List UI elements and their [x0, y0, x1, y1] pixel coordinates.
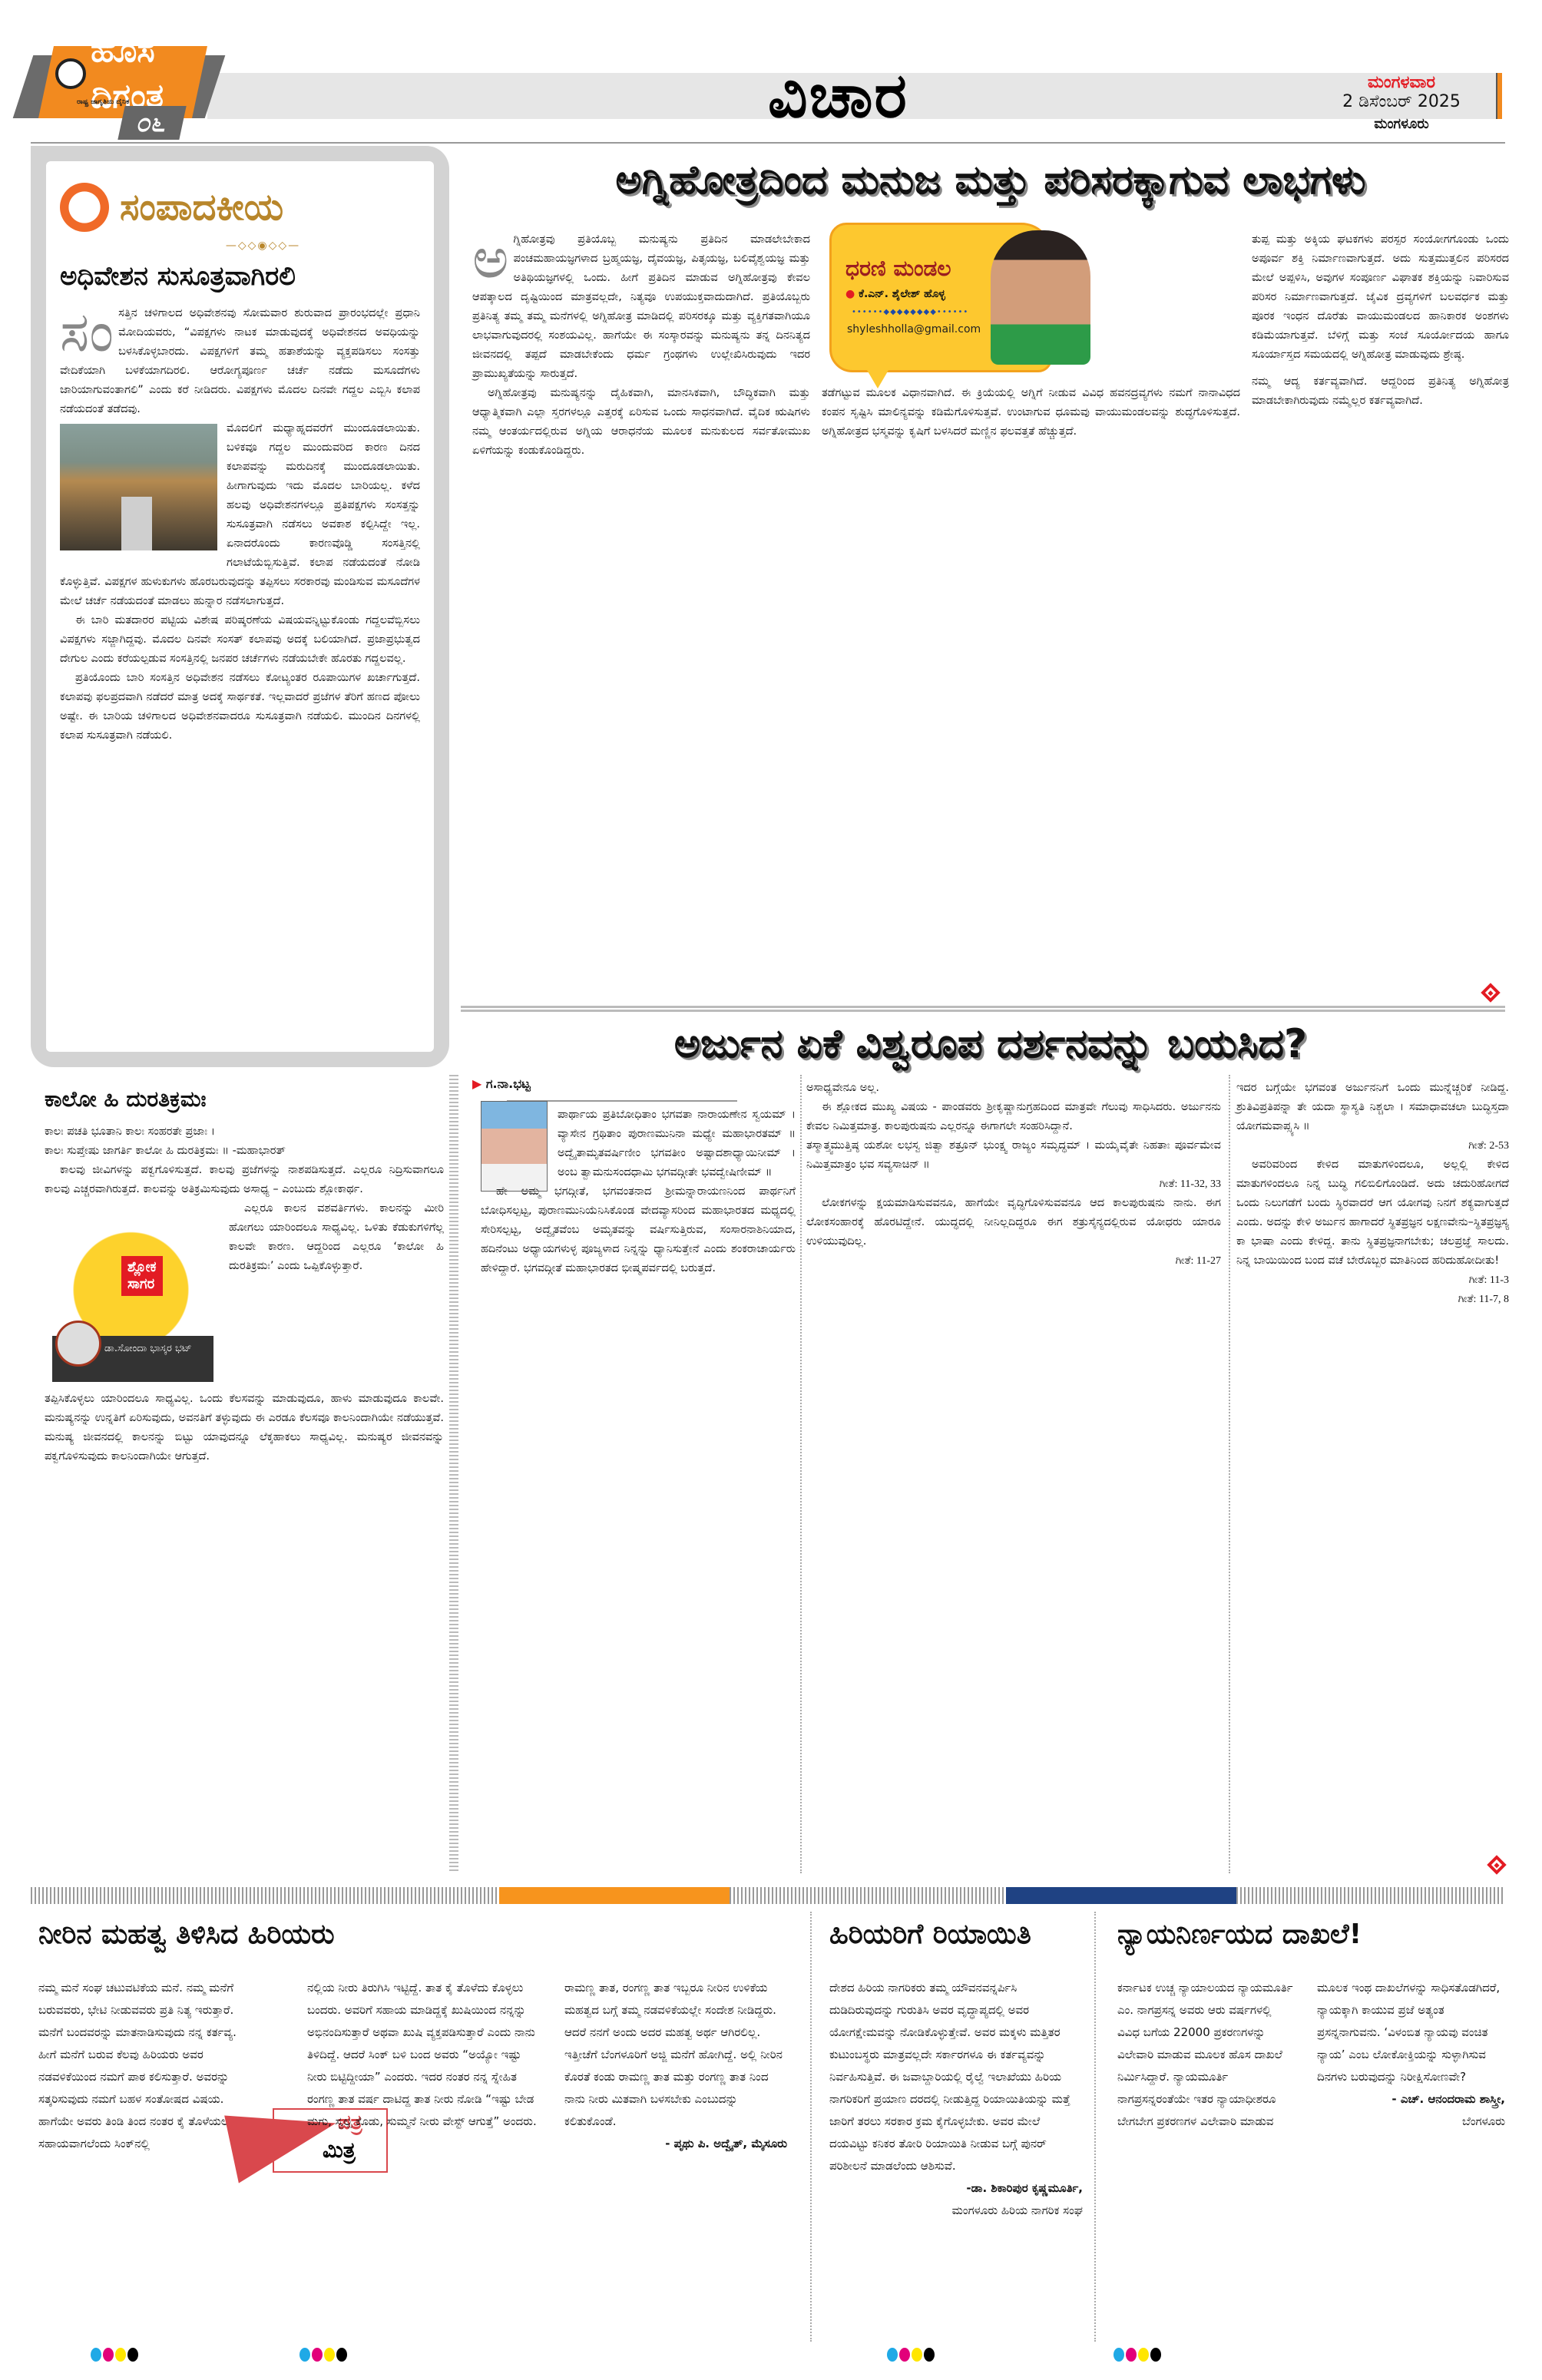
letter-3-headline[interactable]: ನ್ಯಾಯನಿರ್ಣಯದ ದಾಖಲೆ! [1117, 1912, 1362, 1958]
column-divider [800, 1075, 802, 1873]
dotted-ornament: ••••••◆◆◆◆◆◆◆◆•••••• [852, 308, 968, 316]
shloka-sagara-badge: ಶ್ಲೋಕ ಸಾಗರ ಡಾ.ಸೋಂದಾ ಭಾಸ್ಕರ ಭಟ್ [45, 1228, 217, 1382]
article-para: ಅವರಿವರಿಂದ ಕೇಳಿದ ಮಾತುಗಳಿಂದಲೂ, ಅಲ್ಲಲ್ಲಿ ಕೇ… [1236, 1155, 1509, 1271]
letter-signature-city: ಬೆಂಗಳೂರು [1317, 2111, 1505, 2133]
badge-label: ಶ್ಲೋಕ ಸಾಗರ [121, 1256, 163, 1296]
magenta-dot-icon [1126, 2348, 1137, 2362]
article-para: ತುಪ್ಪ ಮತ್ತು ಅಕ್ಕಿಯ ಘಟಕಗಳು ಪರಸ್ಪರ ಸಂಯೋಗಗೊ… [1252, 230, 1509, 365]
registration-marks [1113, 2348, 1161, 2362]
author-name: ಕೆ.ಎನ್. ಶೈಲೇಶ್ ಹೊಳ್ಳ [859, 288, 945, 300]
magenta-dot-icon [312, 2348, 323, 2362]
letter-2-body: ದೇಶದ ಹಿರಿಯ ನಾಗರಿಕರು ತಮ್ಮ ಯೌವನವನ್ನರ್ಪಿಸಿ … [829, 1977, 1083, 2222]
letter-signature-org: ಮಂಗಳೂರು ಹಿರಿಯ ನಾಗರಿಕ ಸಂಘ [829, 2200, 1083, 2222]
weekday: ಮಂಗಳವಾರ [1305, 73, 1497, 92]
letter-signature: -ಡಾ. ಶಿಕಾರಿಪುರ ಕೃಷ್ಣಮೂರ್ತಿ, [829, 2177, 1083, 2200]
edition-city: ಮಂಗಳೂರು [1305, 116, 1497, 132]
cyan-dot-icon [1113, 2348, 1124, 2362]
editorial-para: ಪ್ರತಿಯೊಂದು ಬಾರಿ ಸಂಸತ್ತಿನ ಅಧಿವೇಶನ ನಡೆಸಲು … [60, 669, 420, 745]
column-author: ● ಕೆ.ಎನ್. ಶೈಲೇಶ್ ಹೊಳ್ಳ [845, 288, 945, 300]
shloka: ಪಾರ್ಥಾಯ ಪ್ರತಿಬೋಧಿತಾಂ ಭಗವತಾ ನಾರಾಯಣೇನ ಸ್ವಯ… [481, 1106, 796, 1182]
author-photo [55, 1321, 101, 1367]
verse-reference: ಗೀತೆ: 11-32, 33 [806, 1175, 1221, 1194]
verse-reference: ಗೀತೆ: 2-53 [1236, 1136, 1509, 1155]
editorial-headline[interactable]: ಅಧಿವೇಶನ ಸುಸೂತ್ರವಾಗಿರಲಿ [60, 259, 420, 293]
letter-text: ದೇಶದ ಹಿರಿಯ ನಾಗರಿಕರು ತಮ್ಮ ಯೌವನವನ್ನರ್ಪಿಸಿ … [829, 1977, 1083, 2177]
decorative-band [31, 1887, 1505, 1904]
section-title: ವಿಚಾರ [768, 61, 908, 131]
dropcap: ಸಂ [60, 304, 114, 359]
yellow-dot-icon [1138, 2348, 1149, 2362]
end-of-article-icon [1487, 1855, 1506, 1874]
verse-reference: ಗೀತೆ: 11-7, 8 [1236, 1290, 1509, 1309]
ornament-divider: —◇◇◉◇◇— [106, 240, 420, 252]
article-para: ಈ ಶ್ಲೋಕದ ಮುಖ್ಯ ವಿಷಯ - ಪಾಂಡವರು ಶ್ರೀಕೃಷ್ಣಾ… [806, 1098, 1221, 1136]
end-of-article-icon [1481, 983, 1500, 1002]
column-name: ಧರಣಿ ಮಂಡಲ [845, 256, 951, 282]
verse-reference: ಗೀತೆ: 11-27 [806, 1251, 1221, 1271]
parliament-photo[interactable] [60, 424, 217, 550]
column-rule [449, 1075, 458, 1873]
editorial-header: ಸಂಪಾದಕೀಯ [60, 177, 420, 238]
shloka: ತಸ್ಮಾತ್ತ್ವಮುತ್ತಿಷ್ಠ ಯಶೋ ಲಭಸ್ವ ಜಿತ್ವಾ ಶತ್… [806, 1136, 1221, 1175]
shloka-line: ಕಾಲಃ ಸುಪ್ತೇಷು ಜಾಗರ್ತಿ ಕಾಲೋ ಹಿ ದುರತಿಕ್ರಮಃ… [45, 1142, 444, 1161]
editorial-para: ಈ ಬಾರಿ ಮತದಾರರ ಪಟ್ಟಿಯ ವಿಶೇಷ ಪರಿಷ್ಕರಣೆಯ ವಿ… [60, 611, 420, 669]
article-para: ತಡೆಗಟ್ಟುವ ಮೂಲಕ ವಿಧಾನವಾಗಿದೆ. ಈ ಕ್ರಿಯೆಯಲ್ಲ… [822, 384, 1240, 441]
black-dot-icon [127, 2348, 138, 2362]
cyan-dot-icon [887, 2348, 898, 2362]
kaalo-headline[interactable]: ಕಾಲೋ ಹಿ ದುರತಿಕ್ರಮಃ [45, 1086, 206, 1112]
letter-1-col-3: ರಾಮಣ್ಣ ತಾತ, ರಂಗಣ್ಣ ತಾತ ಇಬ್ಬರೂ ನೀರಿನ ಉಳಿಕ… [564, 1977, 787, 2155]
orange-accent-bar [1496, 73, 1502, 119]
arjuna-col-3: ಇದರ ಬಗ್ಗೆಯೇ ಭಗವಂತ ಅರ್ಜುನನಿಗೆ ಒಂದು ಮುನ್ನೆ… [1236, 1079, 1509, 1309]
letter-text: ರಾಮಣ್ಣ ತಾತ, ರಂಗಣ್ಣ ತಾತ ಇಬ್ಬರೂ ನೀರಿನ ಉಳಿಕ… [564, 1977, 787, 2133]
registration-marks [887, 2348, 935, 2362]
letter-1-col-2: ನಲ್ಲಿಯ ನೀರು ತಿರುಗಿಸಿ ಇಟ್ಟಿದ್ದೆ. ತಾತ ಕೈ ತ… [307, 1977, 538, 2133]
letter-1-headline[interactable]: ನೀರಿನ ಮಹತ್ವ ತಿಳಿಸಿದ ಹಿರಿಯರು [38, 1912, 335, 1958]
editorial-body: ಸಂ ಸತ್ತಿನ ಚಳಿಗಾಲದ ಅಧಿವೇಶನವು ಸೋಮವಾರ ಶುರುವ… [60, 304, 420, 745]
author-name: ಗ.ನಾ.ಭಟ್ಟ [486, 1076, 531, 1091]
date-block: ಮಂಗಳವಾರ 2 ಡಿಸೆಂಬರ್ 2025 ಮಂಗಳೂರು [1305, 73, 1497, 132]
shloka-line: ಕಾಲಃ ಪಚತಿ ಭೂತಾನಿ ಕಾಲಃ ಸಂಹರತೇ ಪ್ರಜಾಃ । [45, 1122, 444, 1142]
editorial-label: ಸಂಪಾದಕೀಯ [120, 186, 283, 230]
letter-2-headline[interactable]: ಹಿರಿಯರಿಗೆ ರಿಯಾಯಿತಿ [829, 1912, 1031, 1958]
orange-band-block [499, 1887, 730, 1904]
black-dot-icon [924, 2348, 935, 2362]
badge-label-line1: ಶ್ಲೋಕ [127, 1259, 157, 1276]
logo-word-2: ಮಿತ್ರ [323, 2137, 356, 2163]
agnihotra-col-1: ಅ ಗ್ನಿಹೋತ್ರವು ಪ್ರತಿಯೊಬ್ಬ ಮನುಷ್ಯನು ಪ್ರತಿದ… [472, 230, 810, 461]
article-para: ಲೋಕಗಳನ್ನು ಕ್ಷಯಮಾಡಿಸುವವನೂ, ಹಾಗೆಯೇ ವೃದ್ಧಿಗ… [806, 1194, 1221, 1251]
agnihotra-headline[interactable]: ಅಗ್ನಿಹೋತ್ರದಿಂದ ಮನುಜ ಮತ್ತು ಪರಿಸರಕ್ಕಾಗುವ ಲ… [476, 154, 1505, 207]
article-ending: ನಮ್ಮ ಆದ್ಯ ಕರ್ತವ್ಯವಾಗಿದೆ. ಆದ್ದರಿಂದ ಪ್ರತಿನ… [1252, 372, 1509, 411]
badge-label-line2: ಸಾಗರ [127, 1276, 157, 1293]
dropcap: ಅ [472, 230, 508, 286]
bullet-icon: ● [845, 288, 859, 300]
kaalo-text-cont: ತಪ್ಪಿಸಿಕೊಳ್ಳಲು ಯಾರಿಂದಲೂ ಸಾಧ್ಯವಿಲ್ಲ. ಒಂದು… [45, 1390, 444, 1466]
article-para: ಇದರ ಬಗ್ಗೆಯೇ ಭಗವಂತ ಅರ್ಜುನನಿಗೆ ಒಂದು ಮುನ್ನೆ… [1236, 1079, 1509, 1136]
letter-text: ಮೂಲಕ ಇಂಥ ದಾಖಲೆಗಳನ್ನು ಸಾಧಿಸತೊಡಗಿದರೆ, ನ್ಯಾ… [1317, 1977, 1505, 2088]
article-para: ಅಸಾಧ್ಯವೇನೂ ಅಲ್ಲ. [806, 1079, 1221, 1098]
cyan-dot-icon [91, 2348, 101, 2362]
agnihotra-col-3: ತುಪ್ಪ ಮತ್ತು ಅಕ್ಕಿಯ ಘಟಕಗಳು ಪರಸ್ಪರ ಸಂಯೋಗಗೊ… [1252, 230, 1509, 411]
letter-3-col-2: ಮೂಲಕ ಇಂಥ ದಾಖಲೆಗಳನ್ನು ಸಾಧಿಸತೊಡಗಿದರೆ, ನ್ಯಾ… [1317, 1977, 1505, 2133]
agnihotra-col-2: ತಡೆಗಟ್ಟುವ ಮೂಲಕ ವಿಧಾನವಾಗಿದೆ. ಈ ಕ್ರಿಯೆಯಲ್ಲ… [822, 384, 1240, 441]
black-dot-icon [336, 2348, 347, 2362]
logo-tagline: ರಾಷ್ಟ್ರ ಜಾಗೃತಿಯ ದೈನಿಕ [77, 98, 129, 106]
article-para: ಅಗ್ನಿಹೋತ್ರವು ಮನುಷ್ಯನನ್ನು ದೈಹಿಕವಾಗಿ, ಮಾನಸ… [472, 384, 810, 461]
magenta-dot-icon [899, 2348, 910, 2362]
arjuna-col-2: ಅಸಾಧ್ಯವೇನೂ ಅಲ್ಲ. ಈ ಶ್ಲೋಕದ ಮುಖ್ಯ ವಿಷಯ - ಪ… [806, 1079, 1221, 1271]
verse-reference: ಗೀತೆ: 11-3 [1236, 1271, 1509, 1290]
author-photo [991, 230, 1090, 365]
yellow-dot-icon [912, 2348, 922, 2362]
magenta-dot-icon [103, 2348, 114, 2362]
byline: ▶ ಗ.ನಾ.ಭಟ್ಟ [472, 1076, 531, 1092]
emblem-icon [55, 58, 86, 89]
masthead: ಹೊಸ ದಿಗಂತ ರಾಷ್ಟ್ರ ಜಾಗೃತಿಯ ದೈನಿಕ ೦೬ ವಿಚಾರ… [0, 0, 1542, 138]
letter-3-col-1: ಕರ್ನಾಟಕ ಉಚ್ಚ ನ್ಯಾಯಾಲಯದ ನ್ಯಾಯಮೂರ್ತಿ ಎಂ. ನ… [1117, 1977, 1294, 2133]
column-divider [810, 1912, 812, 2342]
column-divider [1229, 1075, 1230, 1873]
newspaper-logo[interactable]: ಹೊಸ ದಿಗಂತ [55, 51, 201, 97]
registration-marks [91, 2348, 138, 2362]
cyan-dot-icon [299, 2348, 310, 2362]
article-para: ಗ್ನಿಹೋತ್ರವು ಪ್ರತಿಯೊಬ್ಬ ಮನುಷ್ಯನು ಪ್ರತಿದಿನ… [472, 230, 810, 384]
editorial-para: ಸತ್ತಿನ ಚಳಿಗಾಲದ ಅಧಿವೇಶನವು ಸೋಮವಾರ ಶುರುವಾದ … [60, 304, 420, 419]
arrow-icon: ▶ [472, 1076, 481, 1091]
kaalo-para: ತಪ್ಪಿಸಿಕೊಳ್ಳಲು ಯಾರಿಂದಲೂ ಸಾಧ್ಯವಿಲ್ಲ. ಒಂದು… [45, 1390, 444, 1466]
editorial-emblem-icon [60, 183, 109, 232]
yellow-dot-icon [115, 2348, 126, 2362]
article-para: ಹೇ ಅಮ್ಮ ಭಗದ್ಗೀತೆ, ಭಗವಂತನಾದ ಶ್ರೀಮನ್ನಾರಾಯಣ… [481, 1182, 796, 1278]
column-divider [1094, 1912, 1096, 2342]
kaalo-para: ಕಾಲವು ಜೀವಿಗಳನ್ನು ಪಕ್ವಗೊಳಿಸುತ್ತದೆ. ಕಾಲವು … [45, 1161, 444, 1199]
letter-1-col-1: ನಮ್ಮ ಮನೆ ಸಂಘ ಚಟುವಟಿಕೆಯ ಮನೆ. ನಮ್ಮ ಮನೆಗೆ ಬ… [38, 1977, 246, 2155]
section-divider [461, 1006, 1505, 1012]
issue-date: 2 ಡಿಸೆಂಬರ್ 2025 [1305, 92, 1497, 111]
black-dot-icon [1150, 2348, 1161, 2362]
letter-signature: - ಎಚ್. ಆನಂದರಾಮ ಶಾಸ್ತ್ರೀ, [1317, 2088, 1505, 2111]
registration-marks [299, 2348, 347, 2362]
letter-signature: - ಪೃಥು ಪಿ. ಅದ್ವೈತ್, ಮೈಸೂರು [564, 2133, 787, 2155]
yellow-dot-icon [324, 2348, 335, 2362]
page-number: ೦೬ [117, 106, 186, 140]
arjuna-headline[interactable]: ಅರ್ಜುನ ಏಕೆ ವಿಶ್ವರೂಪ ದರ್ಶನವನ್ನು ಬಯಸಿದ? [476, 1013, 1505, 1075]
blue-band-block [1006, 1887, 1236, 1904]
editorial-box: ಸಂಪಾದಕೀಯ —◇◇◉◇◇— ಅಧಿವೇಶನ ಸುಸೂತ್ರವಾಗಿರಲಿ … [31, 146, 449, 1067]
arjuna-col-1: ಪಾರ್ಥಾಯ ಪ್ರತಿಬೋಧಿತಾಂ ಭಗವತಾ ನಾರಾಯಣೇನ ಸ್ವಯ… [481, 1106, 796, 1278]
masthead-divider [31, 142, 1505, 144]
author-email[interactable]: shyleshholla@gmail.com [847, 323, 981, 336]
